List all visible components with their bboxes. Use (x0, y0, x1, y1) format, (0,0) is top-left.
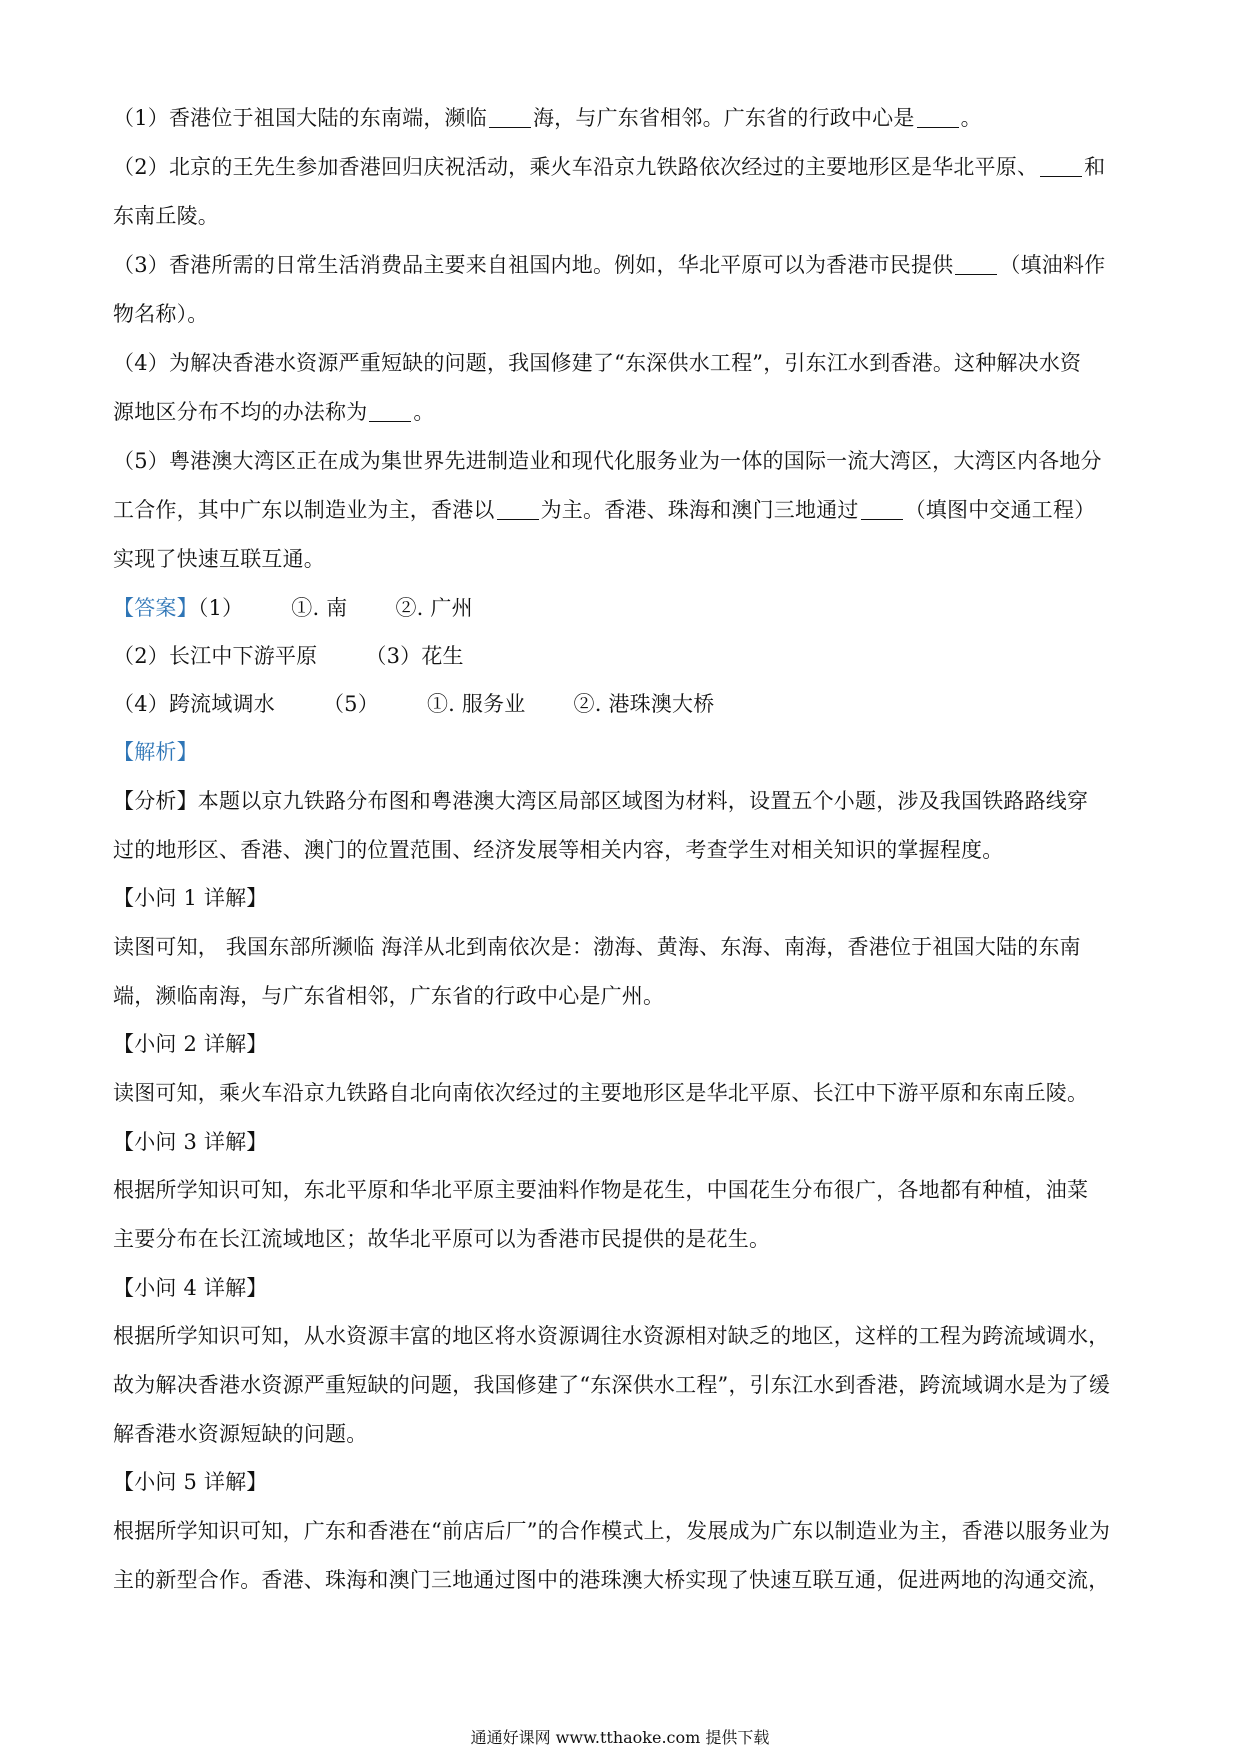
sub2-title: 【小问 2 详解】 (113, 1029, 1138, 1059)
question-text: 和 (1084, 155, 1105, 179)
answer-blank (369, 401, 411, 422)
question-4-cont: 源地区分布不均的办法称为。 (113, 397, 1138, 427)
analysis-label: 【解析】 (113, 737, 1138, 767)
answer-number: （1） (198, 596, 243, 620)
answer-blank (1040, 156, 1082, 177)
question-4: （4）为解决香港水资源严重短缺的问题，我国修建了“东深供水工程”，引东江水到香港… (113, 348, 1138, 378)
question-text: 源地区分布不均的办法称为 (113, 400, 367, 424)
question-text: （填油料作 (999, 253, 1105, 277)
sub1-l2: 端，濒临南海，与广东省相邻，广东省的行政中心是广州。 (113, 981, 1138, 1011)
question-1: （1）香港位于祖国大陆的东南端，濒临海，与广东省相邻。广东省的行政中心是。 (113, 103, 1138, 133)
sub3-l2: 主要分布在长江流域地区；故华北平原可以为香港市民提供的是花生。 (113, 1224, 1138, 1254)
answer-value: （2）长江中下游平原 (113, 644, 317, 668)
sub5-title: 【小问 5 详解】 (113, 1467, 1138, 1497)
question-text: 。 (413, 400, 434, 424)
answer-value: ②. 广州 (395, 596, 472, 620)
sub1-l1: 读图可知， 我国东部所濒临 海洋从北到南依次是：渤海、黄海、东海、南海，香港位于… (113, 932, 1138, 962)
question-text: 海，与广东省相邻。广东省的行政中心是 (533, 106, 915, 130)
question-2: （2）北京的王先生参加香港回归庆祝活动，乘火车沿京九铁路依次经过的主要地形区是华… (113, 152, 1138, 182)
sub5-l2: 主的新型合作。香港、珠海和澳门三地通过图中的港珠澳大桥实现了快速互联互通，促进两… (113, 1565, 1138, 1595)
answer-number: （5） (323, 692, 379, 716)
document-page: （1）香港位于祖国大陆的东南端，濒临海，与广东省相邻。广东省的行政中心是。 （2… (0, 0, 1240, 1754)
question-5-line2: 工合作，其中广东以制造业为主，香港以为主。香港、珠海和澳门三地通过（填图中交通工… (113, 495, 1138, 525)
sub3-l1: 根据所学知识可知，东北平原和华北平原主要油料作物是花生，中国花生分布很广，各地都… (113, 1175, 1138, 1205)
answer-row-1: 【答案】（1）①. 南②. 广州 (113, 593, 1138, 623)
question-5-cont: 实现了快速互联互通。 (113, 544, 1138, 574)
answer-value: ①. 服务业 (427, 692, 526, 716)
sub4-l2: 故为解决香港水资源严重短缺的问题，我国修建了“东深供水工程”，引东江水到香港，跨… (113, 1370, 1138, 1400)
sub2-l1: 读图可知，乘火车沿京九铁路自北向南依次经过的主要地形区是华北平原、长江中下游平原… (113, 1078, 1138, 1108)
question-2-cont: 东南丘陵。 (113, 201, 1138, 231)
question-3-cont: 物名称）。 (113, 299, 1138, 329)
answer-value: （4）跨流域调水 (113, 692, 275, 716)
answer-row-2: （2）长江中下游平原（3）花生 (113, 641, 1138, 671)
sub4-title: 【小问 4 详解】 (113, 1273, 1138, 1303)
answer-value: （3）花生 (365, 644, 463, 668)
answer-value: ②. 港珠澳大桥 (574, 692, 715, 716)
sub3-title: 【小问 3 详解】 (113, 1127, 1138, 1157)
answer-blank (497, 499, 539, 520)
answer-label: 【答案】 (113, 596, 198, 620)
analysis-summary-l1: 【分析】本题以京九铁路分布图和粤港澳大湾区局部区域图为材料，设置五个小题，涉及我… (113, 786, 1138, 816)
question-3: （3）香港所需的日常生活消费品主要来自祖国内地。例如，华北平原可以为香港市民提供… (113, 250, 1138, 280)
question-text: 。 (961, 106, 982, 130)
answer-blank (489, 107, 531, 128)
question-text: 工合作，其中广东以制造业为主，香港以 (113, 498, 495, 522)
footer-watermark: 通通好课网 www.tthaoke.com 提供下载 (0, 1728, 1240, 1748)
question-text: 为主。香港、珠海和澳门三地通过 (541, 498, 859, 522)
question-5: （5）粤港澳大湾区正在成为集世界先进制造业和现代化服务业为一体的国际一流大湾区，… (113, 446, 1138, 476)
sub5-l1: 根据所学知识可知，广东和香港在“前店后厂”的合作模式上，发展成为广东以制造业为主… (113, 1516, 1138, 1546)
question-text: （2）北京的王先生参加香港回归庆祝活动，乘火车沿京九铁路依次经过的主要地形区是华… (113, 155, 1038, 179)
answer-row-3: （4）跨流域调水（5）①. 服务业②. 港珠澳大桥 (113, 689, 1138, 719)
sub4-l3: 解香港水资源短缺的问题。 (113, 1419, 1138, 1449)
answer-value: ①. 南 (291, 596, 347, 620)
analysis-summary-l2: 过的地形区、香港、澳门的位置范围、经济发展等相关内容，考查学生对相关知识的掌握程… (113, 835, 1138, 865)
question-text: （1）香港位于祖国大陆的东南端，濒临 (113, 106, 487, 130)
answer-blank (917, 107, 959, 128)
question-text: （3）香港所需的日常生活消费品主要来自祖国内地。例如，华北平原可以为香港市民提供 (113, 253, 953, 277)
sub4-l1: 根据所学知识可知，从水资源丰富的地区将水资源调往水资源相对缺乏的地区，这样的工程… (113, 1321, 1138, 1351)
sub1-title: 【小问 1 详解】 (113, 883, 1138, 913)
question-text: （填图中交通工程） (905, 498, 1096, 522)
answer-blank (955, 254, 997, 275)
answer-blank (861, 499, 903, 520)
